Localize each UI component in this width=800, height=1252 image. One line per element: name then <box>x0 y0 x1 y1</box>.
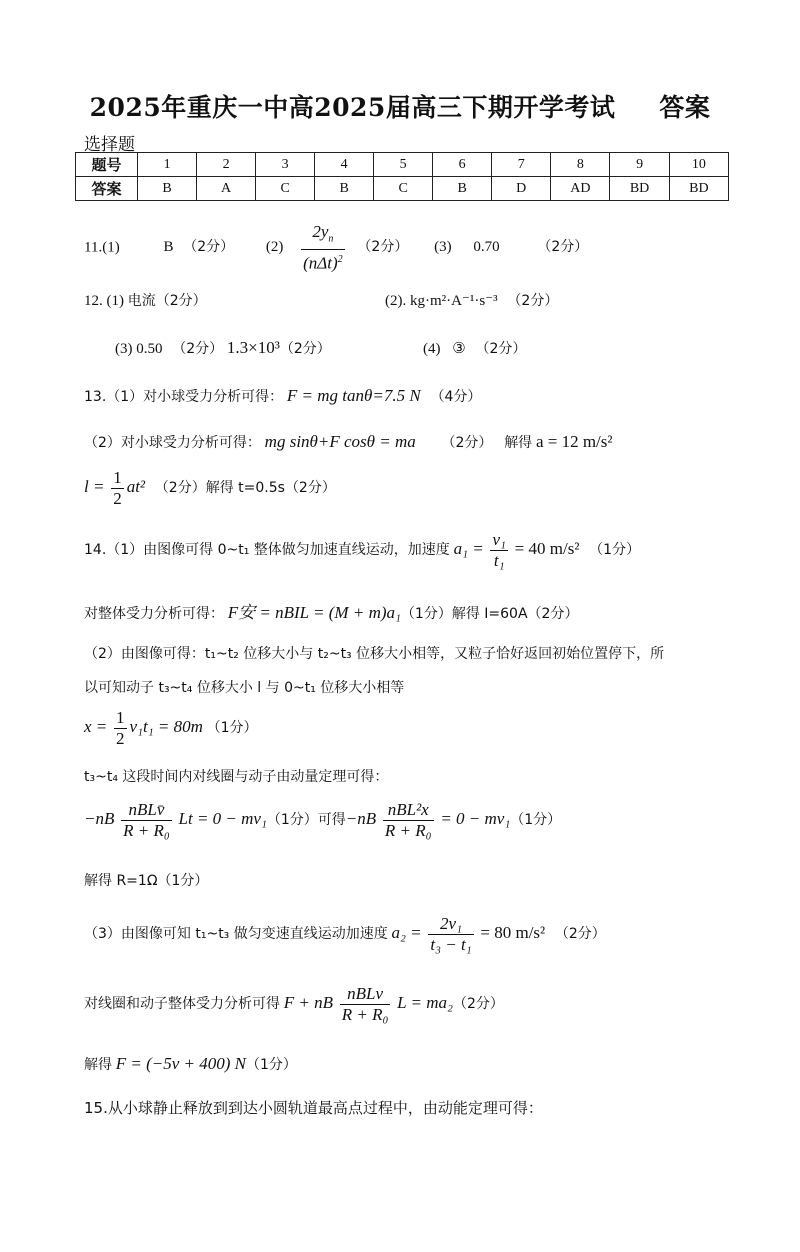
cell-answer: C <box>374 177 433 201</box>
eq-prefix: −nB <box>346 809 376 828</box>
cell-answer: B <box>138 177 197 201</box>
q14-p1b-equation: F安 = nBIL = (M + m)a₁ <box>228 603 401 622</box>
cell-number: 2 <box>197 153 256 177</box>
cell-number: 6 <box>433 153 492 177</box>
points: （2分） <box>155 480 206 496</box>
q14-p3b-text: 对线圈和动子整体受力分析可得 <box>84 996 280 1012</box>
q14-p3-eq-lhs: a₂ = <box>392 923 422 942</box>
q11-p2-fraction: 2yn (nΔt)2 <box>301 222 345 274</box>
title-suffix: 答案 <box>659 93 710 122</box>
q14-part2-text1: （2）由图像可得：t₁~t₂ 位移大小与 t₂~t₃ 位移大小相等，又粒子恰好返… <box>84 643 664 663</box>
q11-p3-label: (3) <box>434 239 452 255</box>
table-row-numbers: 题号 1 2 3 4 5 6 7 8 9 10 <box>76 153 729 177</box>
cell-number: 9 <box>610 153 669 177</box>
q12-line-1b: (2). kg·m²·A⁻¹·s⁻³ （2分） <box>385 290 558 310</box>
q11-p3-answer: 0.70 <box>473 239 499 255</box>
cell-answer: A <box>197 177 256 201</box>
q14-part3c: 解得 F = (−5v + 400) N（1分） <box>84 1054 297 1074</box>
cell-number: 8 <box>551 153 610 177</box>
points: （2分） <box>280 341 331 357</box>
points: （1分） <box>589 542 640 558</box>
q14-part2-solve: 解得 R=1Ω（1分） <box>84 870 208 890</box>
q13-p1-text: 13.（1）对小球受力分析可得： <box>84 389 283 405</box>
q12-line-2b: (4) ③ （2分） <box>423 338 526 358</box>
cell-number: 1 <box>138 153 197 177</box>
q12-p4-label: (4) <box>423 341 441 357</box>
q14-p3-fraction: 2v₁t₃ − t₁ <box>428 914 473 955</box>
q14-p3c-equation: F = (−5v + 400) N <box>116 1054 246 1073</box>
table-row-answers: 答案 B A C B C B D AD BD BD <box>76 177 729 201</box>
q14-p2-solve: 解得 R=1Ω <box>84 873 158 889</box>
q12-p4-answer: ③ <box>452 341 465 357</box>
cell-number: 7 <box>492 153 551 177</box>
q13-part1: 13.（1）对小球受力分析可得： F = mg tanθ=7.5 N （4分） <box>84 386 481 406</box>
row-header: 答案 <box>76 177 138 201</box>
q14-p1-eq-lhs: a₁ = <box>454 539 484 558</box>
denominator: t₁ <box>490 551 507 571</box>
denominator: R + R₀ <box>340 1005 391 1025</box>
cell-number: 4 <box>315 153 374 177</box>
q13-p3-solve: 解得 t=0.5s <box>206 480 285 496</box>
q13-p2-equation: mg sinθ+F cosθ = ma <box>265 432 416 451</box>
denominator: R + R₀ <box>121 821 172 841</box>
row-header: 题号 <box>76 153 138 177</box>
q14-momentum-fraction-a: nBLv̄R + R₀ <box>121 800 172 841</box>
q12-line-1: 12. (1) 电流（2分） <box>84 290 207 310</box>
points: （4分） <box>430 389 481 405</box>
q13-part2: （2）对小球受力分析可得： mg sinθ+F cosθ = ma （2分） 解… <box>84 432 612 452</box>
q14-part3: （3）由图像可知 t₁~t₃ 做匀变速直线运动加速度 a₂ = 2v₁t₃ − … <box>84 914 606 955</box>
q12-p2-answer: kg·m²·A⁻¹·s⁻³ <box>410 293 498 309</box>
q12-p3-answer-a: 0.50 <box>136 341 162 357</box>
cell-answer: D <box>492 177 551 201</box>
q14-p1-fraction: v₁t₁ <box>490 530 507 571</box>
denominator: t₃ − t₁ <box>428 935 473 955</box>
eq-suffix: = 0 − mv₁ <box>440 809 510 828</box>
q14-p1b-text: 对整体受力分析可得： <box>84 606 224 622</box>
points: （2分） <box>357 239 408 255</box>
q11-p1-answer: B <box>163 239 173 255</box>
q12-line-2: (3) 0.50 （2分） 1.3×10³（2分） <box>115 338 331 358</box>
q14-part3b: 对线圈和动子整体受力分析可得 F + nB nBLvR + R₀ L = ma₂… <box>84 984 504 1025</box>
denominator: R + R₀ <box>383 821 434 841</box>
q13-p1-equation: F = mg tanθ=7.5 N <box>287 386 421 405</box>
points: （2分） <box>183 239 234 255</box>
q14-part2-text2: 以可知动子 t₃~t₄ 位移大小 l 与 0~t₁ 位移大小相等 <box>84 677 404 697</box>
points: （1分） <box>207 720 258 736</box>
superscript: 2 <box>338 254 343 265</box>
numerator: nBL²x <box>383 800 434 821</box>
q14-p1-text: 14.（1）由图像可得 0~t₁ 整体做匀加速直线运动，加速度 <box>84 542 450 558</box>
q14-part2-momentum: −nB nBLv̄R + R₀ Lt = 0 − mv₁（1分）可得−nB nB… <box>84 800 561 841</box>
points: （1分） <box>401 606 452 622</box>
q11-p2-label: (2) <box>266 239 284 255</box>
q11-label: 11.(1) <box>84 239 120 255</box>
q14-p3-eq-rhs: = 80 m/s² <box>480 923 545 942</box>
q14-part2-text3: t₃~t₄ 这段时间内对线圈与动子由动量定理可得： <box>84 766 388 786</box>
q12-p3-answer-b: 1.3×10³ <box>227 338 280 357</box>
points: （2分） <box>156 293 207 309</box>
cell-number: 3 <box>256 153 315 177</box>
q14-momentum-fraction-b: nBL²xR + R₀ <box>383 800 434 841</box>
eq-prefix: F + nB <box>284 993 333 1012</box>
q14-p1b-solve: 解得 I=60A <box>452 606 528 622</box>
q13-p3-eq-rhs: at² <box>127 477 145 496</box>
q14-p1-eq-rhs: = 40 m/s² <box>515 539 580 558</box>
eq-suffix: L = ma₂ <box>397 993 453 1012</box>
q14-part1b: 对整体受力分析可得： F安 = nBIL = (M + m)a₁（1分）解得 I… <box>84 598 578 623</box>
q13-part3: l = 12at² （2分）解得 t=0.5s（2分） <box>84 468 336 509</box>
cell-answer: B <box>433 177 492 201</box>
eq-suffix: Lt = 0 − mv₁ <box>179 809 267 828</box>
denominator: (nΔt) <box>303 254 338 273</box>
q14-part2-eq: x = 12v₁t₁ = 80m （1分） <box>84 708 258 749</box>
points: （1分） <box>246 1057 297 1073</box>
numerator: 2v₁ <box>428 914 473 935</box>
q14-p3c-solve: 解得 <box>84 1057 112 1073</box>
q12-p3-label: (3) <box>115 341 133 357</box>
eq-prefix: −nB <box>84 809 114 828</box>
points: （1分） <box>158 873 209 889</box>
cell-answer: B <box>315 177 374 201</box>
q13-p2-result: a = 12 m/s² <box>536 432 613 451</box>
q12-label: 12. <box>84 293 103 309</box>
points: （2分） <box>555 926 606 942</box>
points: （1分） <box>267 812 318 828</box>
q14-mid-text: 可得 <box>318 812 346 828</box>
points: （2分） <box>442 435 493 451</box>
one-half-fraction: 12 <box>114 708 127 749</box>
points: （2分） <box>285 480 336 496</box>
q14-p3b-fraction: nBLvR + R₀ <box>340 984 391 1025</box>
q14-p2-eq-lhs: x = <box>84 717 107 736</box>
one-half-fraction: 12 <box>111 468 124 509</box>
cell-number: 5 <box>374 153 433 177</box>
points: （2分） <box>528 606 579 622</box>
points: （2分） <box>475 341 526 357</box>
q13-p3-eq-lhs: l = <box>84 477 104 496</box>
points: （2分） <box>507 293 558 309</box>
q12-p1-label: (1) <box>107 293 125 309</box>
numerator: v₁ <box>490 530 507 551</box>
subscript: n <box>328 233 333 244</box>
cell-number: 10 <box>669 153 728 177</box>
q12-p1-answer: 电流 <box>128 293 156 309</box>
q14-p3-text: （3）由图像可知 t₁~t₃ 做匀变速直线运动加速度 <box>84 926 388 942</box>
q11-line: 11.(1) B （2分） (2) 2yn (nΔt)2 （2分） (3) 0.… <box>84 222 588 274</box>
numerator: 2y <box>312 222 328 241</box>
q13-p2-text: （2）对小球受力分析可得： <box>84 435 261 451</box>
cell-answer: BD <box>610 177 669 201</box>
title-main: 2025年重庆一中高2025届高三下期开学考试 <box>90 93 616 122</box>
page-title: 2025年重庆一中高2025届高三下期开学考试答案 <box>0 88 800 124</box>
numerator: nBLv̄ <box>121 800 172 821</box>
q13-p2-solve: 解得 <box>504 435 532 451</box>
q12-p2-label: (2). <box>385 293 406 309</box>
cell-answer: BD <box>669 177 728 201</box>
q14-p2-eq-rhs: v₁t₁ = 80m <box>130 717 203 736</box>
numerator: nBLv <box>340 984 391 1005</box>
points: （2分） <box>453 996 504 1012</box>
points: （2分） <box>537 239 588 255</box>
q14-part1: 14.（1）由图像可得 0~t₁ 整体做匀加速直线运动，加速度 a₁ = v₁t… <box>84 530 640 571</box>
cell-answer: AD <box>551 177 610 201</box>
q15-text: 15.从小球静止释放到到达小圆轨道最高点过程中，由动能定理可得： <box>84 1097 543 1118</box>
cell-answer: C <box>256 177 315 201</box>
points: （1分） <box>510 812 561 828</box>
points: （2分） <box>172 341 223 357</box>
answer-table: 题号 1 2 3 4 5 6 7 8 9 10 答案 B A C B C B D… <box>75 152 729 201</box>
